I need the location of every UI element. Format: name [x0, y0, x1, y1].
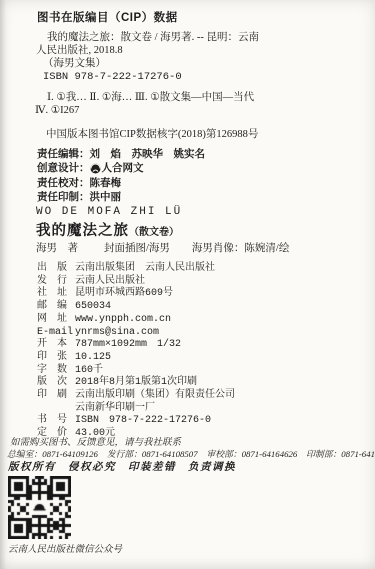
colophon-row: 印 张10.125 — [37, 351, 235, 364]
byline: 海男 著封面插图/海男海男肖像：陈婉清/绘 — [36, 240, 289, 255]
colophon-row: 版 次2018年8月第1版第1次印刷 — [37, 376, 235, 389]
colophon-label: 发 行 — [37, 276, 75, 288]
cip-series: （海男文集） — [43, 57, 259, 70]
colophon-label: 印 张 — [37, 352, 75, 364]
staff-print-row: 责任印制：洪中丽 — [37, 190, 205, 204]
colophon-row: 书 号ISBN 978-7-222-17276-0 — [37, 414, 235, 427]
colophon-row: 出 版云南出版集团 云南人民出版社 — [37, 262, 235, 275]
staff-editor-value: 刘 焰 苏映华 姚实名 — [90, 148, 206, 160]
colophon-value: 160千 — [75, 365, 103, 376]
cip-isbn: ISBN 978-7-222-17276-0 — [43, 71, 259, 84]
cip-entry-line1: 我的魔法之旅：散文卷 / 海男著. -- 昆明：云南 — [47, 31, 259, 44]
qr-code — [8, 476, 71, 539]
book-title-main: 我的魔法之旅 — [36, 223, 129, 239]
colophon-value: 云南出版印刷（集团）有限责任公司 — [75, 390, 235, 401]
cip-entry-block: 我的魔法之旅：散文卷 / 海男著. -- 昆明：云南 人民出版社, 2018.8… — [36, 31, 259, 84]
design-studio-logo-icon — [90, 163, 101, 174]
staff-print-value: 洪中丽 — [90, 191, 122, 203]
colophon-label: 社 址 — [37, 288, 75, 300]
colophon-row: 字 数160千 — [37, 364, 235, 377]
qr-code-canvas — [8, 476, 71, 539]
byline-author: 海男 著 — [36, 243, 78, 254]
staff-design-row: 创意设计：人合网文 — [37, 161, 205, 175]
byline-cover-credit: 封面插图/海男 — [104, 243, 170, 254]
colophon-row-continuation: 云南新华印刷一厂 — [37, 402, 235, 415]
colophon-value: www.ynpph.com.cn — [75, 314, 171, 325]
staff-block: 责任编辑：刘 焰 苏映华 姚实名 创意设计：人合网文 责任校对：陈春梅 责任印制… — [37, 147, 205, 204]
colophon-row: 社 址昆明市环城西路609号 — [37, 287, 235, 300]
title-pinyin: WO DE MOFA ZHI LÜ — [36, 206, 182, 218]
colophon-row: 发 行云南人民出版社 — [37, 275, 235, 288]
colophon-label: 书 号 — [37, 415, 75, 427]
colophon-row: E-mailynrms@sina.com — [37, 326, 235, 339]
colophon-label: 网 址 — [37, 314, 75, 326]
colophon-row: 印 刷云南出版印刷（集团）有限责任公司 — [37, 389, 235, 402]
staff-print-label: 责任印制： — [37, 191, 90, 203]
colophon-label: 开 本 — [37, 339, 75, 351]
colophon-row: 邮 编650034 — [37, 300, 235, 313]
colophon-label: E-mail — [37, 327, 75, 339]
staff-design-label: 创意设计： — [37, 162, 90, 174]
cip-heading: 图书在版编目（CIP）数据 — [37, 9, 178, 25]
colophon-label: 字 数 — [37, 365, 75, 377]
colophon: 出 版云南出版集团 云南人民出版社发 行云南人民出版社社 址昆明市环城西路609… — [37, 262, 235, 440]
byline-portrait-credit: 海男肖像：陈婉清/绘 — [192, 243, 289, 254]
copyright-page: 图书在版编目（CIP）数据 我的魔法之旅：散文卷 / 海男著. -- 昆明：云南… — [0, 0, 375, 569]
rights-statement: 版权所有 侵权必究 印装差错 负责调换 — [8, 459, 236, 474]
colophon-row: 网 址www.ynpph.com.cn — [37, 313, 235, 326]
cip-class-line2: Ⅳ. ①I267 — [35, 104, 254, 117]
colophon-label: 版 次 — [37, 377, 75, 389]
colophon-label: 印 刷 — [37, 390, 75, 402]
cip-record-number: 中国版本图书馆CIP数据核字(2018)第126988号 — [46, 126, 258, 141]
staff-editor-label: 责任编辑： — [37, 148, 90, 160]
staff-editor-row: 责任编辑：刘 焰 苏映华 姚实名 — [37, 147, 205, 161]
colophon-value: 昆明市环城西路609号 — [75, 288, 173, 299]
colophon-value: 云南人民出版社 — [75, 276, 145, 287]
qr-caption: 云南人民出版社微信公众号 — [8, 541, 122, 555]
colophon-value: ISBN 978-7-222-17276-0 — [75, 415, 211, 426]
colophon-value: 2018年8月第1版第1次印刷 — [75, 377, 197, 388]
cip-classification: Ⅰ. ①我… Ⅱ. ①海… Ⅲ. ①散文集—中国—当代 Ⅳ. ①I267 — [35, 91, 254, 117]
colophon-row: 开 本787mm×1092mm 1/32 — [37, 338, 235, 351]
colophon-value: 云南新华印刷一厂 — [75, 403, 155, 414]
staff-proof-row: 责任校对：陈春梅 — [37, 176, 205, 190]
cip-entry-line2: 人民出版社, 2018.8 — [36, 44, 259, 57]
colophon-label: 邮 编 — [37, 301, 75, 313]
book-title-sub: （散文卷） — [129, 227, 179, 238]
colophon-label: 出 版 — [37, 263, 75, 275]
colophon-value: 云南出版集团 云南人民出版社 — [75, 263, 215, 274]
contact-note: 如需购买图书、反馈意见，请与我社联系 — [10, 434, 181, 448]
staff-design-value: 人合网文 — [102, 162, 144, 174]
colophon-value: 787mm×1092mm 1/32 — [75, 339, 181, 350]
colophon-value: ynrms@sina.com — [75, 327, 159, 338]
colophon-value: 10.125 — [75, 352, 111, 363]
staff-proof-value: 陈春梅 — [90, 177, 122, 189]
colophon-value: 650034 — [75, 301, 111, 312]
book-title: 我的魔法之旅（散文卷） — [36, 219, 179, 240]
staff-proof-label: 责任校对： — [37, 177, 90, 189]
cip-class-line1: Ⅰ. ①我… Ⅱ. ①海… Ⅲ. ①散文集—中国—当代 — [47, 91, 254, 104]
